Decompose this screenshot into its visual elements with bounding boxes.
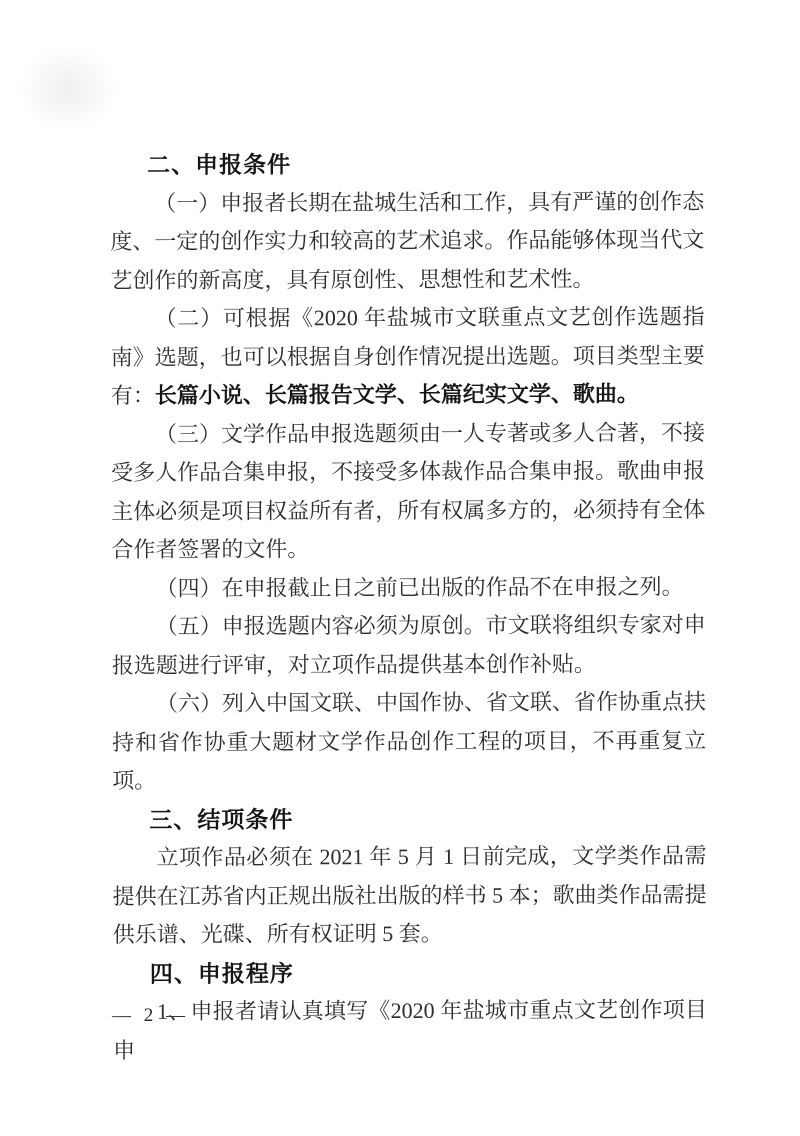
paragraph-condition-4: （四）在申报截止日之前已出版的作品不在申报之列。 (111, 567, 705, 608)
paragraph-text: （五）申报选题内容必须为原创。市文联将组织专家对申报选题进行评审，对立项作品提供… (112, 612, 706, 678)
paragraph-text: 立项作品必须在 2021 年 5 月 1 日前完成，文学类作品需提供在江苏省内正… (113, 843, 707, 947)
paragraph-condition-2: （二）可根据《2020 年盐城市文联重点文艺创作选题指南》选题，也可以根据自身创… (111, 298, 705, 416)
paragraph-procedure-1: 1、申报者请认真填写《2020 年盐城市重点文艺创作项目申 (113, 991, 707, 1070)
section-heading-application-procedure: 四、申报程序 (113, 952, 707, 993)
paragraph-condition-3: （三）文学作品申报选题须由一人专著或多人合著，不接受多人作品合集申报，不接受多体… (111, 413, 706, 569)
paragraph-completion-1: 立项作品必须在 2021 年 5 月 1 日前完成，文学类作品需提供在江苏省内正… (112, 837, 706, 955)
scan-artifact-smudge (18, 46, 118, 131)
paragraph-text: （三）文学作品申报选题须由一人专著或多人合著，不接受多人作品合集申报，不接受多体… (111, 419, 705, 562)
page-number: — 2 — (112, 1005, 189, 1027)
paragraph-condition-5: （五）申报选题内容必须为原创。市文联将组织专家对申报选题进行评审，对立项作品提供… (112, 606, 706, 685)
paragraph-condition-1: （一）申报者长期在盐城生活和工作，具有严谨的创作态度、一定的创作实力和较高的艺术… (110, 182, 704, 300)
paragraph-text: 1、申报者请认真填写《2020 年盐城市重点文艺创作项目申 (113, 997, 707, 1063)
paragraph-condition-6: （六）列入中国文联、中国作协、省文联、省作协重点扶持和省作协重大题材文学作品创作… (112, 683, 706, 801)
document-content: 二、申报条件 （一）申报者长期在盐城生活和工作，具有严谨的创作态度、一定的创作实… (110, 144, 707, 1070)
section-heading-application-conditions: 二、申报条件 (110, 144, 704, 185)
scanned-document-page: 二、申报条件 （一）申报者长期在盐城生活和工作，具有严谨的创作态度、一定的创作实… (0, 0, 800, 1136)
paragraph-text: （六）列入中国文联、中国作协、省文联、省作协重点扶持和省作协重大题材文学作品创作… (112, 689, 706, 793)
section-heading-completion-conditions: 三、结项条件 (112, 798, 706, 839)
paragraph-text: （一）申报者长期在盐城生活和工作，具有严谨的创作态度、一定的创作实力和较高的艺术… (110, 188, 704, 292)
paragraph-bold-text: 长篇小说、长篇报告文学、长篇纪实文学、歌曲。 (155, 381, 639, 408)
paragraph-text: （四）在申报截止日之前已出版的作品不在申报之列。 (155, 574, 683, 601)
